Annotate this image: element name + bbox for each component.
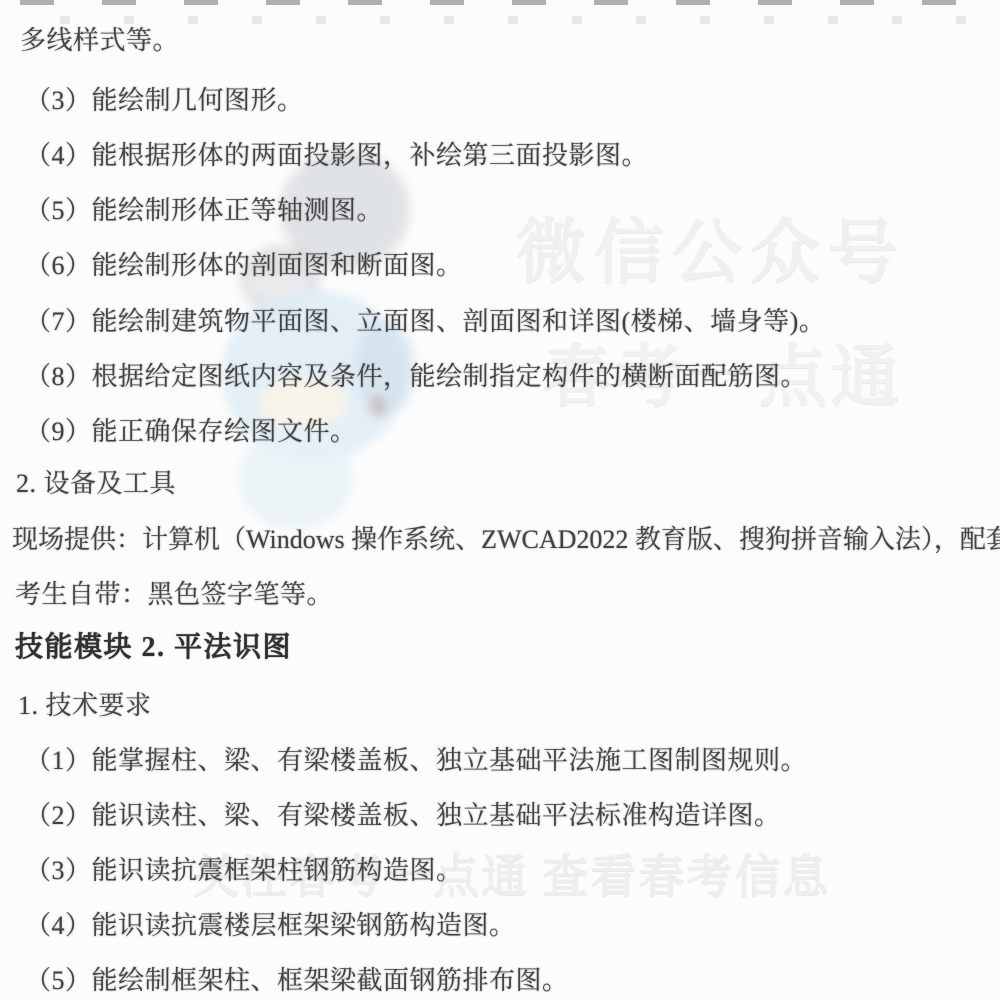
text-line-item-3b: （3）能识读抗震框架柱钢筋构造图。 <box>25 856 463 886</box>
text-line-item-5b: （5）能绘制框架柱、框架梁截面钢筋排布图。 <box>25 966 569 996</box>
scanned-document-page: 微信公众号 春考一点通 关注春考一点通 查看春考信息 多线样式等。 （3）能绘制… <box>0 0 1000 1000</box>
text-line-item-8: （8）根据给定图纸内容及条件，能绘制指定构件的横断面配筋图。 <box>25 362 807 392</box>
text-line-tech-requirements: 1. 技术要求 <box>18 691 152 721</box>
text-line-equipment-heading: 2. 设备及工具 <box>16 469 176 499</box>
text-line-item-7: （7）能绘制建筑物平面图、立面图、剖面图和详图(楼梯、墙身等)。 <box>25 307 825 337</box>
text-line-site-provided: 现场提供：计算机（Windows 操作系统、ZWCAD2022 教育版、搜狗拼音… <box>12 525 1000 555</box>
text-line-item-9: （9）能正确保存绘图文件。 <box>25 417 357 447</box>
watermark-wechat-account: 微信公众号 <box>516 196 906 297</box>
text-line-item-4b: （4）能识读抗震楼层框架梁钢筋构造图。 <box>25 911 516 941</box>
text-line-item-1: （1）能掌握柱、梁、有梁楼盖板、独立基础平法施工图制图规则。 <box>25 746 807 776</box>
mascot-accent-shape <box>370 395 386 417</box>
text-line-item-2: （2）能识读柱、梁、有梁楼盖板、独立基础平法标准构造详图。 <box>25 801 781 831</box>
text-line-item-4: （4）能根据形体的两面投影图，补绘第三面投影图。 <box>25 141 648 171</box>
text-line-self-provided: 考生自带：黑色签字笔等。 <box>15 580 333 610</box>
clipped-text-fragment-top-2 <box>60 16 970 24</box>
text-line-multiline-style: 多线样式等。 <box>20 26 179 56</box>
text-line-item-3: （3）能绘制几何图形。 <box>25 86 304 116</box>
text-line-item-6: （6）能绘制形体的剖面图和断面图。 <box>25 251 463 281</box>
section-heading-module-2: 技能模块 2. 平法识图 <box>15 633 292 663</box>
text-line-item-5: （5）能绘制形体正等轴测图。 <box>25 196 383 226</box>
clipped-text-fragment-top <box>20 0 970 5</box>
